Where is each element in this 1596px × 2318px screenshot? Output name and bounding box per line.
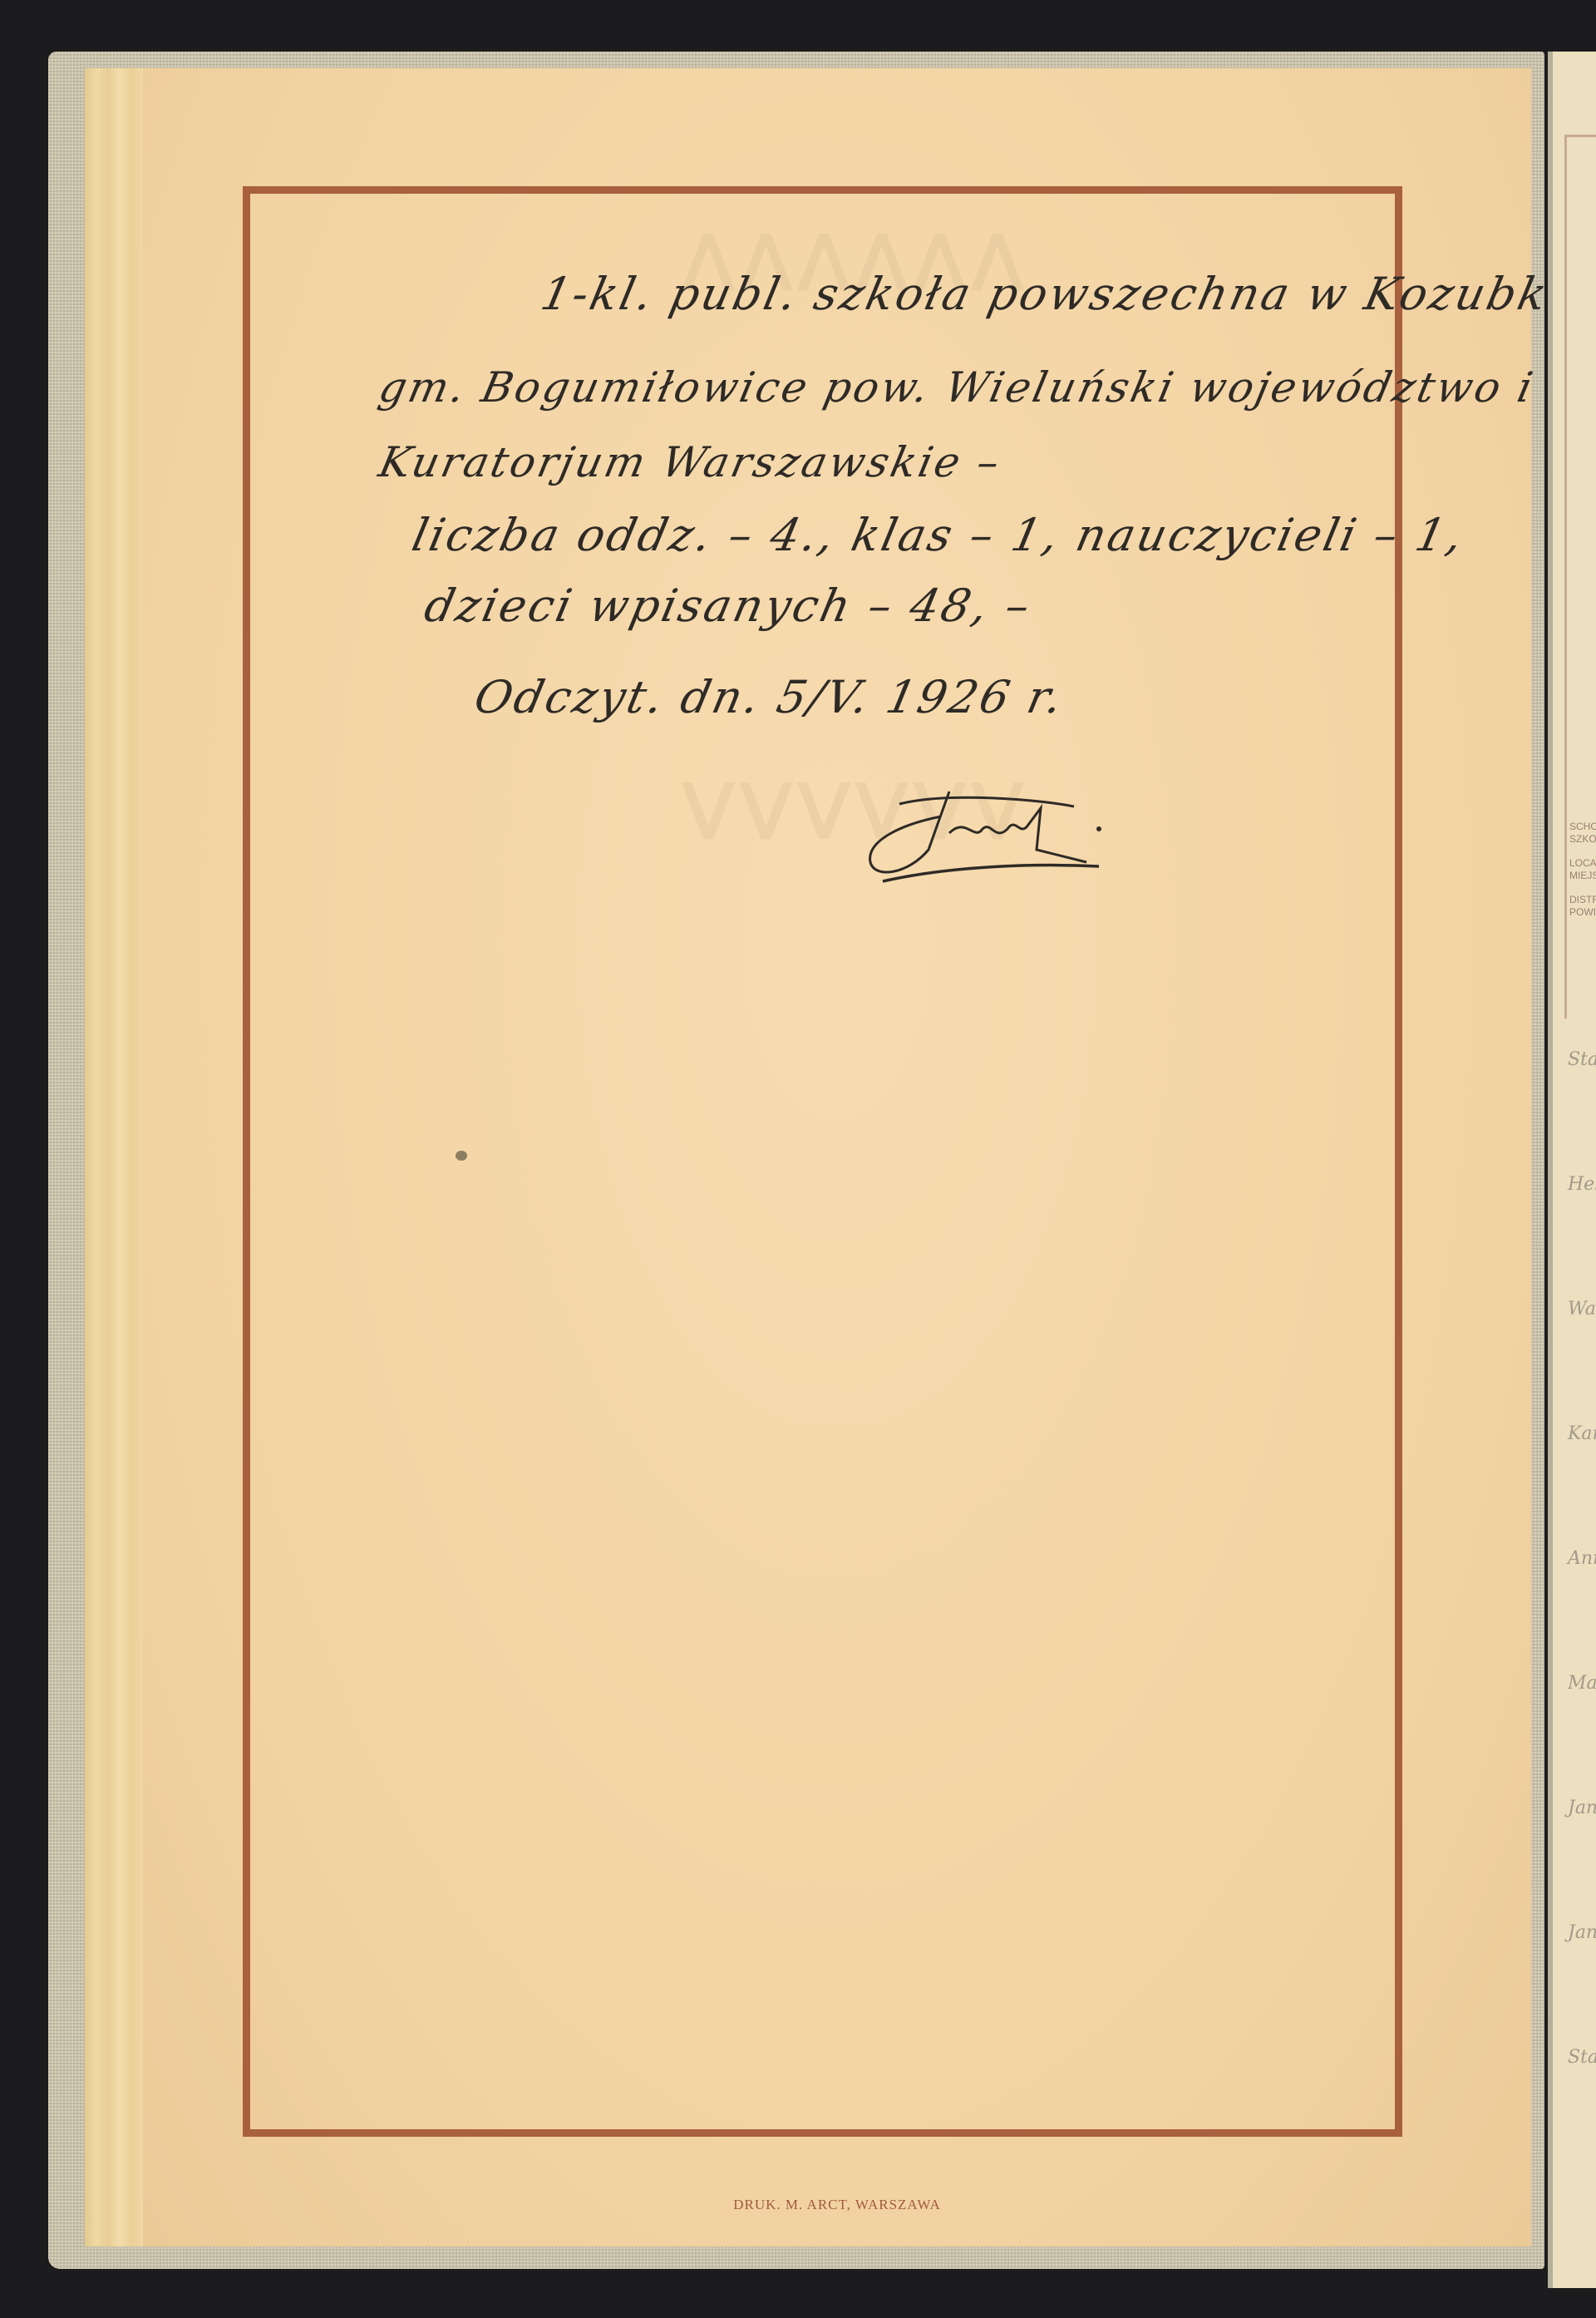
label: MIEJS [1569, 870, 1596, 882]
signature [850, 783, 1124, 883]
name-entry: Stan [1568, 1049, 1596, 1174]
label: DISTR [1569, 894, 1596, 906]
name-entry: Karin [1568, 1423, 1596, 1548]
name-entry: Jan [1568, 1798, 1596, 1922]
handwritten-line-3: Kuratorjum Warszawskie – [375, 438, 1006, 486]
label: LOCA [1569, 857, 1596, 870]
handwritten-line-5: dzieci wpisanych – 48, – [420, 579, 1037, 632]
handwritten-line-2: gm. Bogumiłowice pow. Wieluński wojewódz… [375, 363, 1539, 412]
paper-spot [456, 1151, 467, 1161]
book-page: ᐱᐱᐱᐱᐱᐱ ᐯᐯᐯᐯᐯᐯ 1-kl. publ. szkoła powszec… [143, 68, 1531, 2246]
name-entry: Jan [1568, 1922, 1596, 2047]
handwritten-line-1: 1-kl. publ. szkoła powszechna w Kozubku [536, 268, 1585, 320]
name-entry: Ma [1568, 1673, 1596, 1798]
adjacent-page-names: Stan Helen Wacła Karin Anna Ma Jan Jan S… [1568, 1049, 1596, 2172]
label: POWI [1569, 906, 1596, 919]
page-edges [85, 68, 143, 2246]
name-entry: Helen [1568, 1174, 1596, 1299]
name-entry: Anna [1568, 1548, 1596, 1673]
label: SZKOŁ [1569, 833, 1596, 846]
name-entry: Wacła [1568, 1299, 1596, 1423]
label: SCHOO [1569, 821, 1596, 833]
printer-footer: DRUK. M. ARCT, WARSZAWA [143, 2197, 1531, 2213]
handwritten-line-4: liczba oddz. – 4., klas – 1, nauczycieli… [407, 509, 1470, 561]
name-entry: Stan [1568, 2047, 1596, 2172]
adjacent-page-labels: SCHOO SZKOŁ LOCA MIEJS DISTR POWI [1569, 821, 1596, 919]
adjacent-page-edge: SCHOO SZKOŁ LOCA MIEJS DISTR POWI Stan H… [1548, 52, 1596, 2288]
date-line: Odczyt. dn. 5/V. 1926 r. [470, 671, 1069, 723]
